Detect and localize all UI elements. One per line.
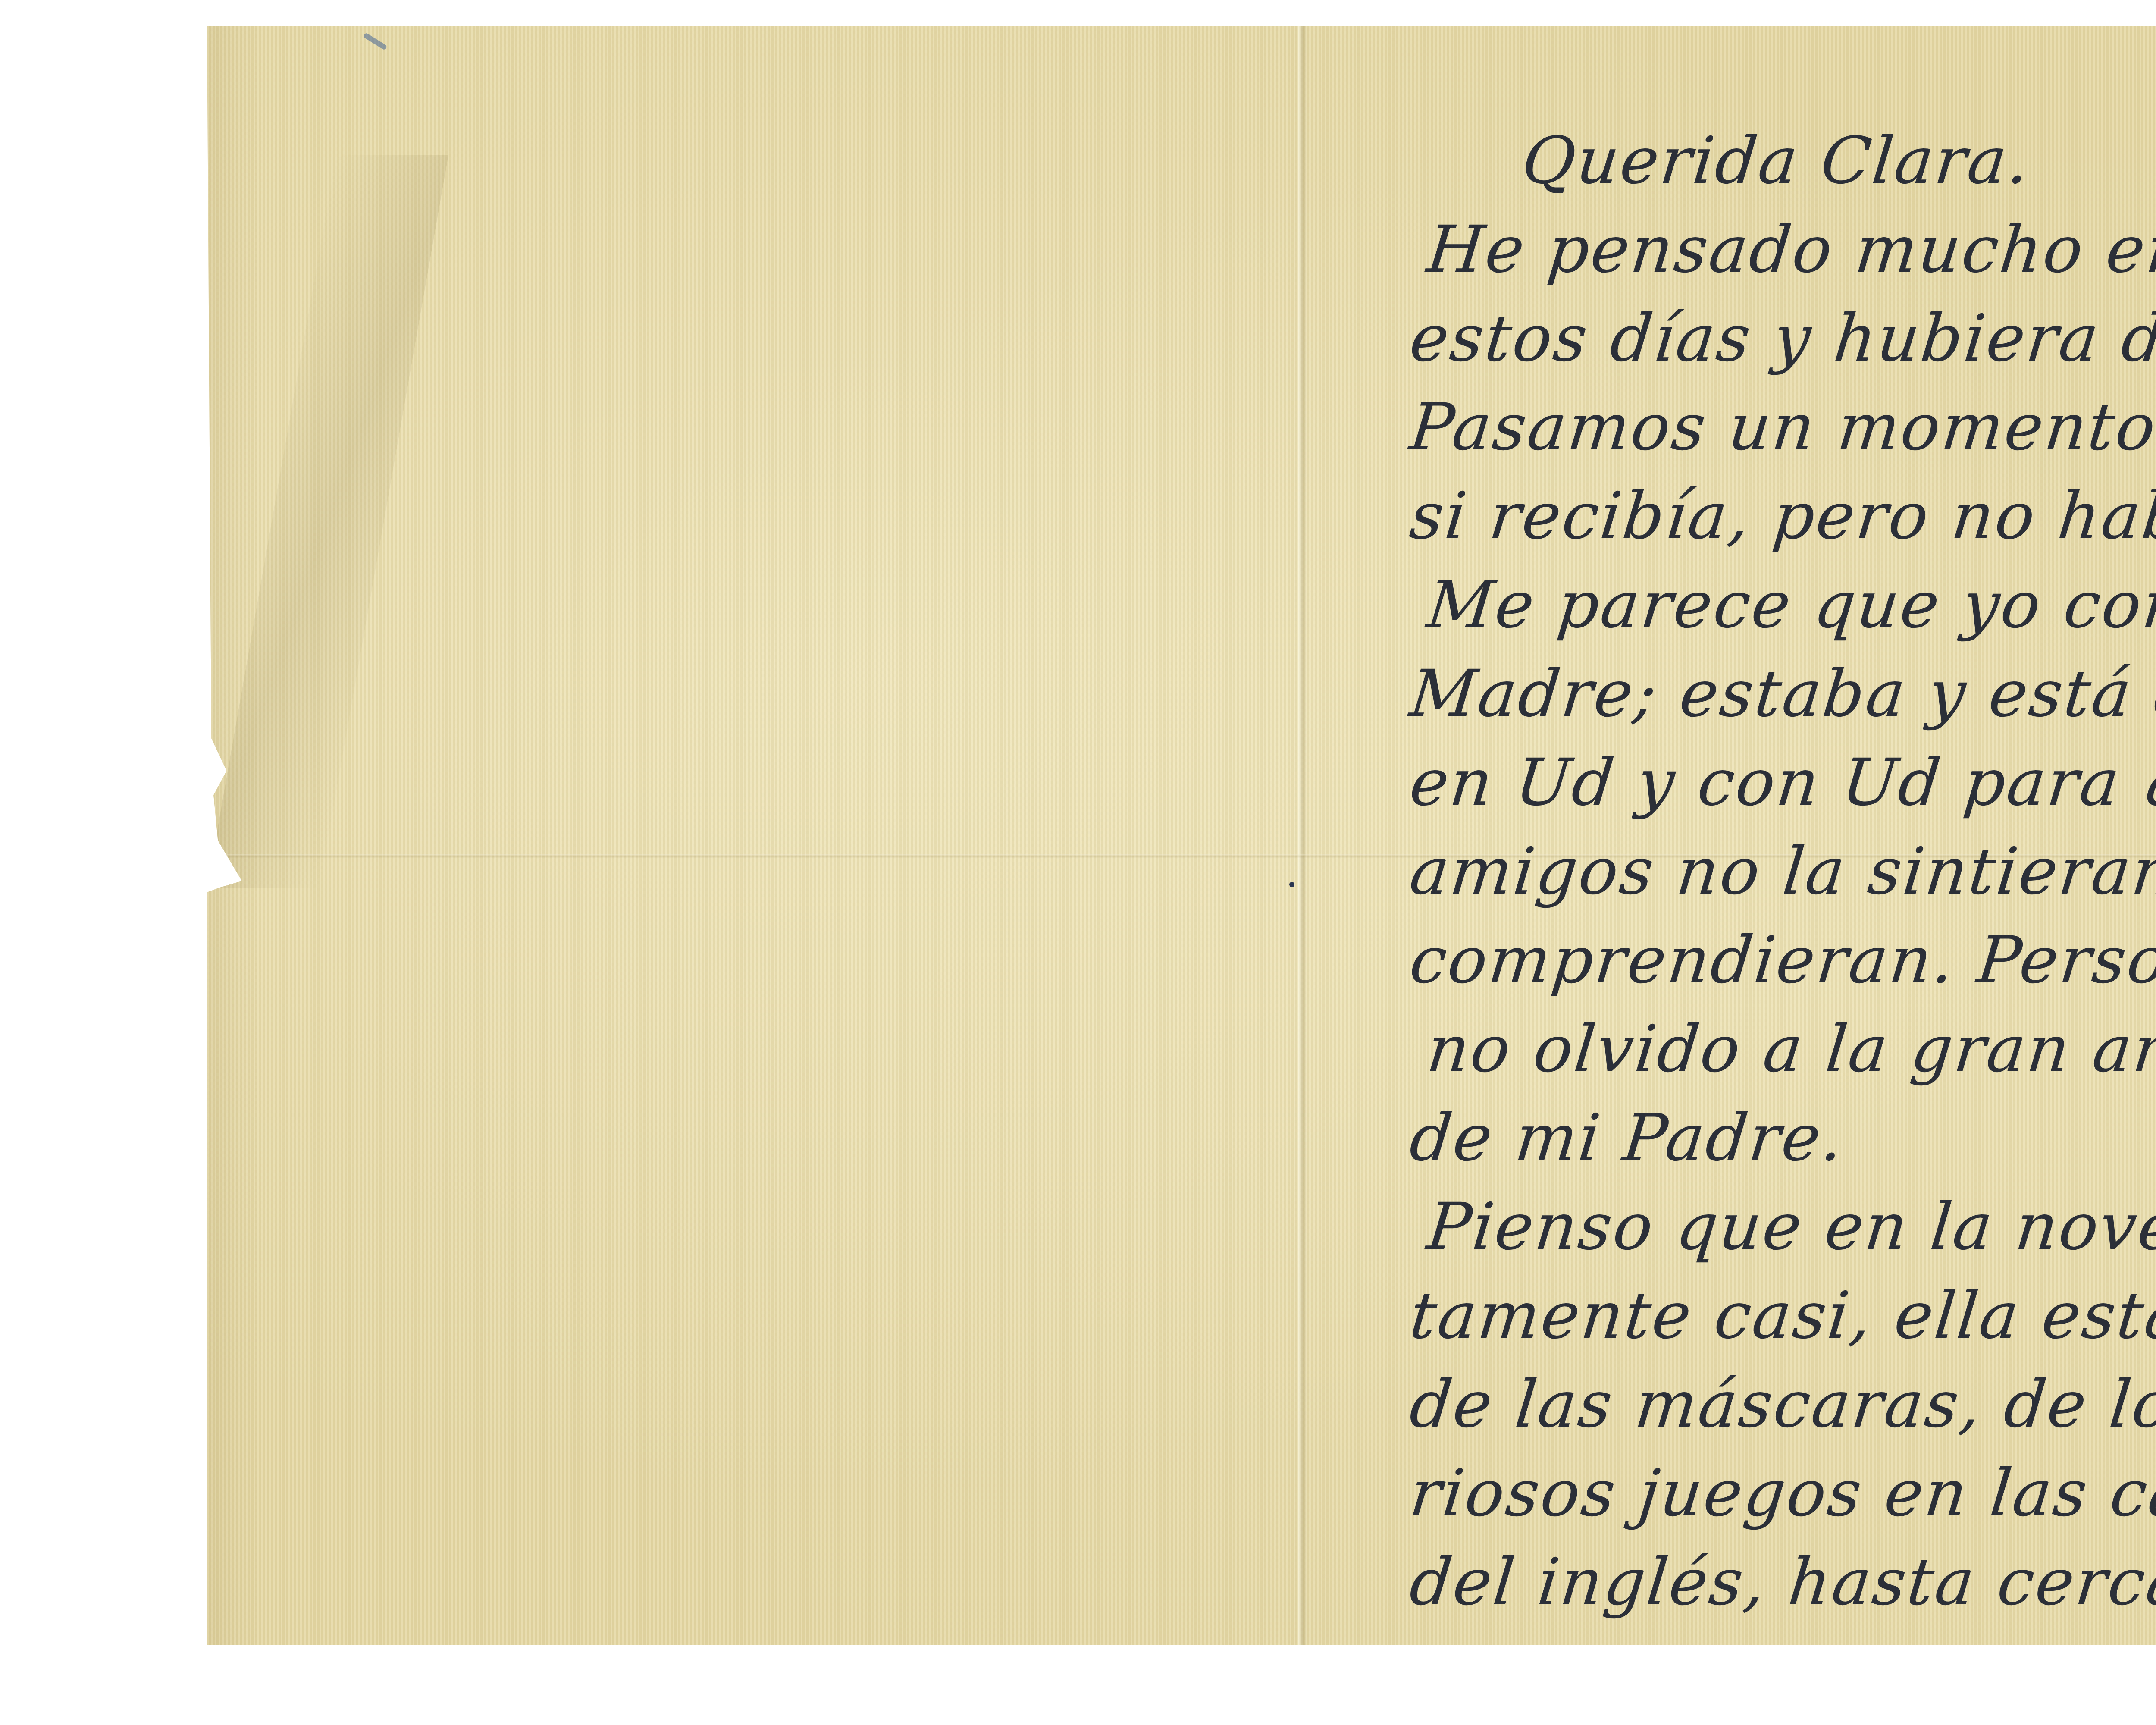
letter-line: del inglés, hasta cerca del Sote- <box>1406 1538 2156 1627</box>
letter-line: Madre; estaba y está demasiado <box>1406 649 2156 738</box>
letter-line: riosos juegos en las caballerizas <box>1406 1449 2156 1538</box>
letter-line: de mi Padre. <box>1406 1094 2156 1182</box>
letter-line: si recibía, pero no había nadie. <box>1406 472 2156 561</box>
letter-line: amigos no la sintieran y <box>1406 827 2156 916</box>
ink-dot-mark <box>1289 882 1294 887</box>
letter-line: no olvido a la gran amiga <box>1406 1005 2156 1094</box>
letter-line: He pensado mucho en Ud durante <box>1406 205 2156 294</box>
left-page-blank <box>207 26 1300 1645</box>
ink-smudge-mark <box>363 32 387 50</box>
letter-line: Pienso que en la novela, inmedia- <box>1406 1182 2156 1271</box>
paper-crease <box>207 155 448 888</box>
letter-line: tamente casi, ella está. Cerca <box>1406 1271 2156 1360</box>
letter-line: Me parece que yo conocía a su <box>1406 561 2156 649</box>
letter-line: Pasamos un momento a preguntar <box>1406 383 2156 472</box>
letter-salutation: Querida Clara. <box>1406 116 2156 205</box>
letter-line: en Ud y con Ud para que sus <box>1406 738 2156 827</box>
letter-line: estos días y hubiera deseado verla. <box>1406 294 2156 383</box>
letter-sheet: Querida Clara. He pensado mucho en Ud du… <box>207 26 2156 1645</box>
letter-line: de las máscaras, de los miste- <box>1406 1360 2156 1449</box>
letter-body: Querida Clara. He pensado mucho en Ud du… <box>1406 116 2156 1627</box>
letter-line: comprendieran. Personalmente <box>1406 916 2156 1005</box>
right-page: Querida Clara. He pensado mucho en Ud du… <box>1300 26 2156 1645</box>
